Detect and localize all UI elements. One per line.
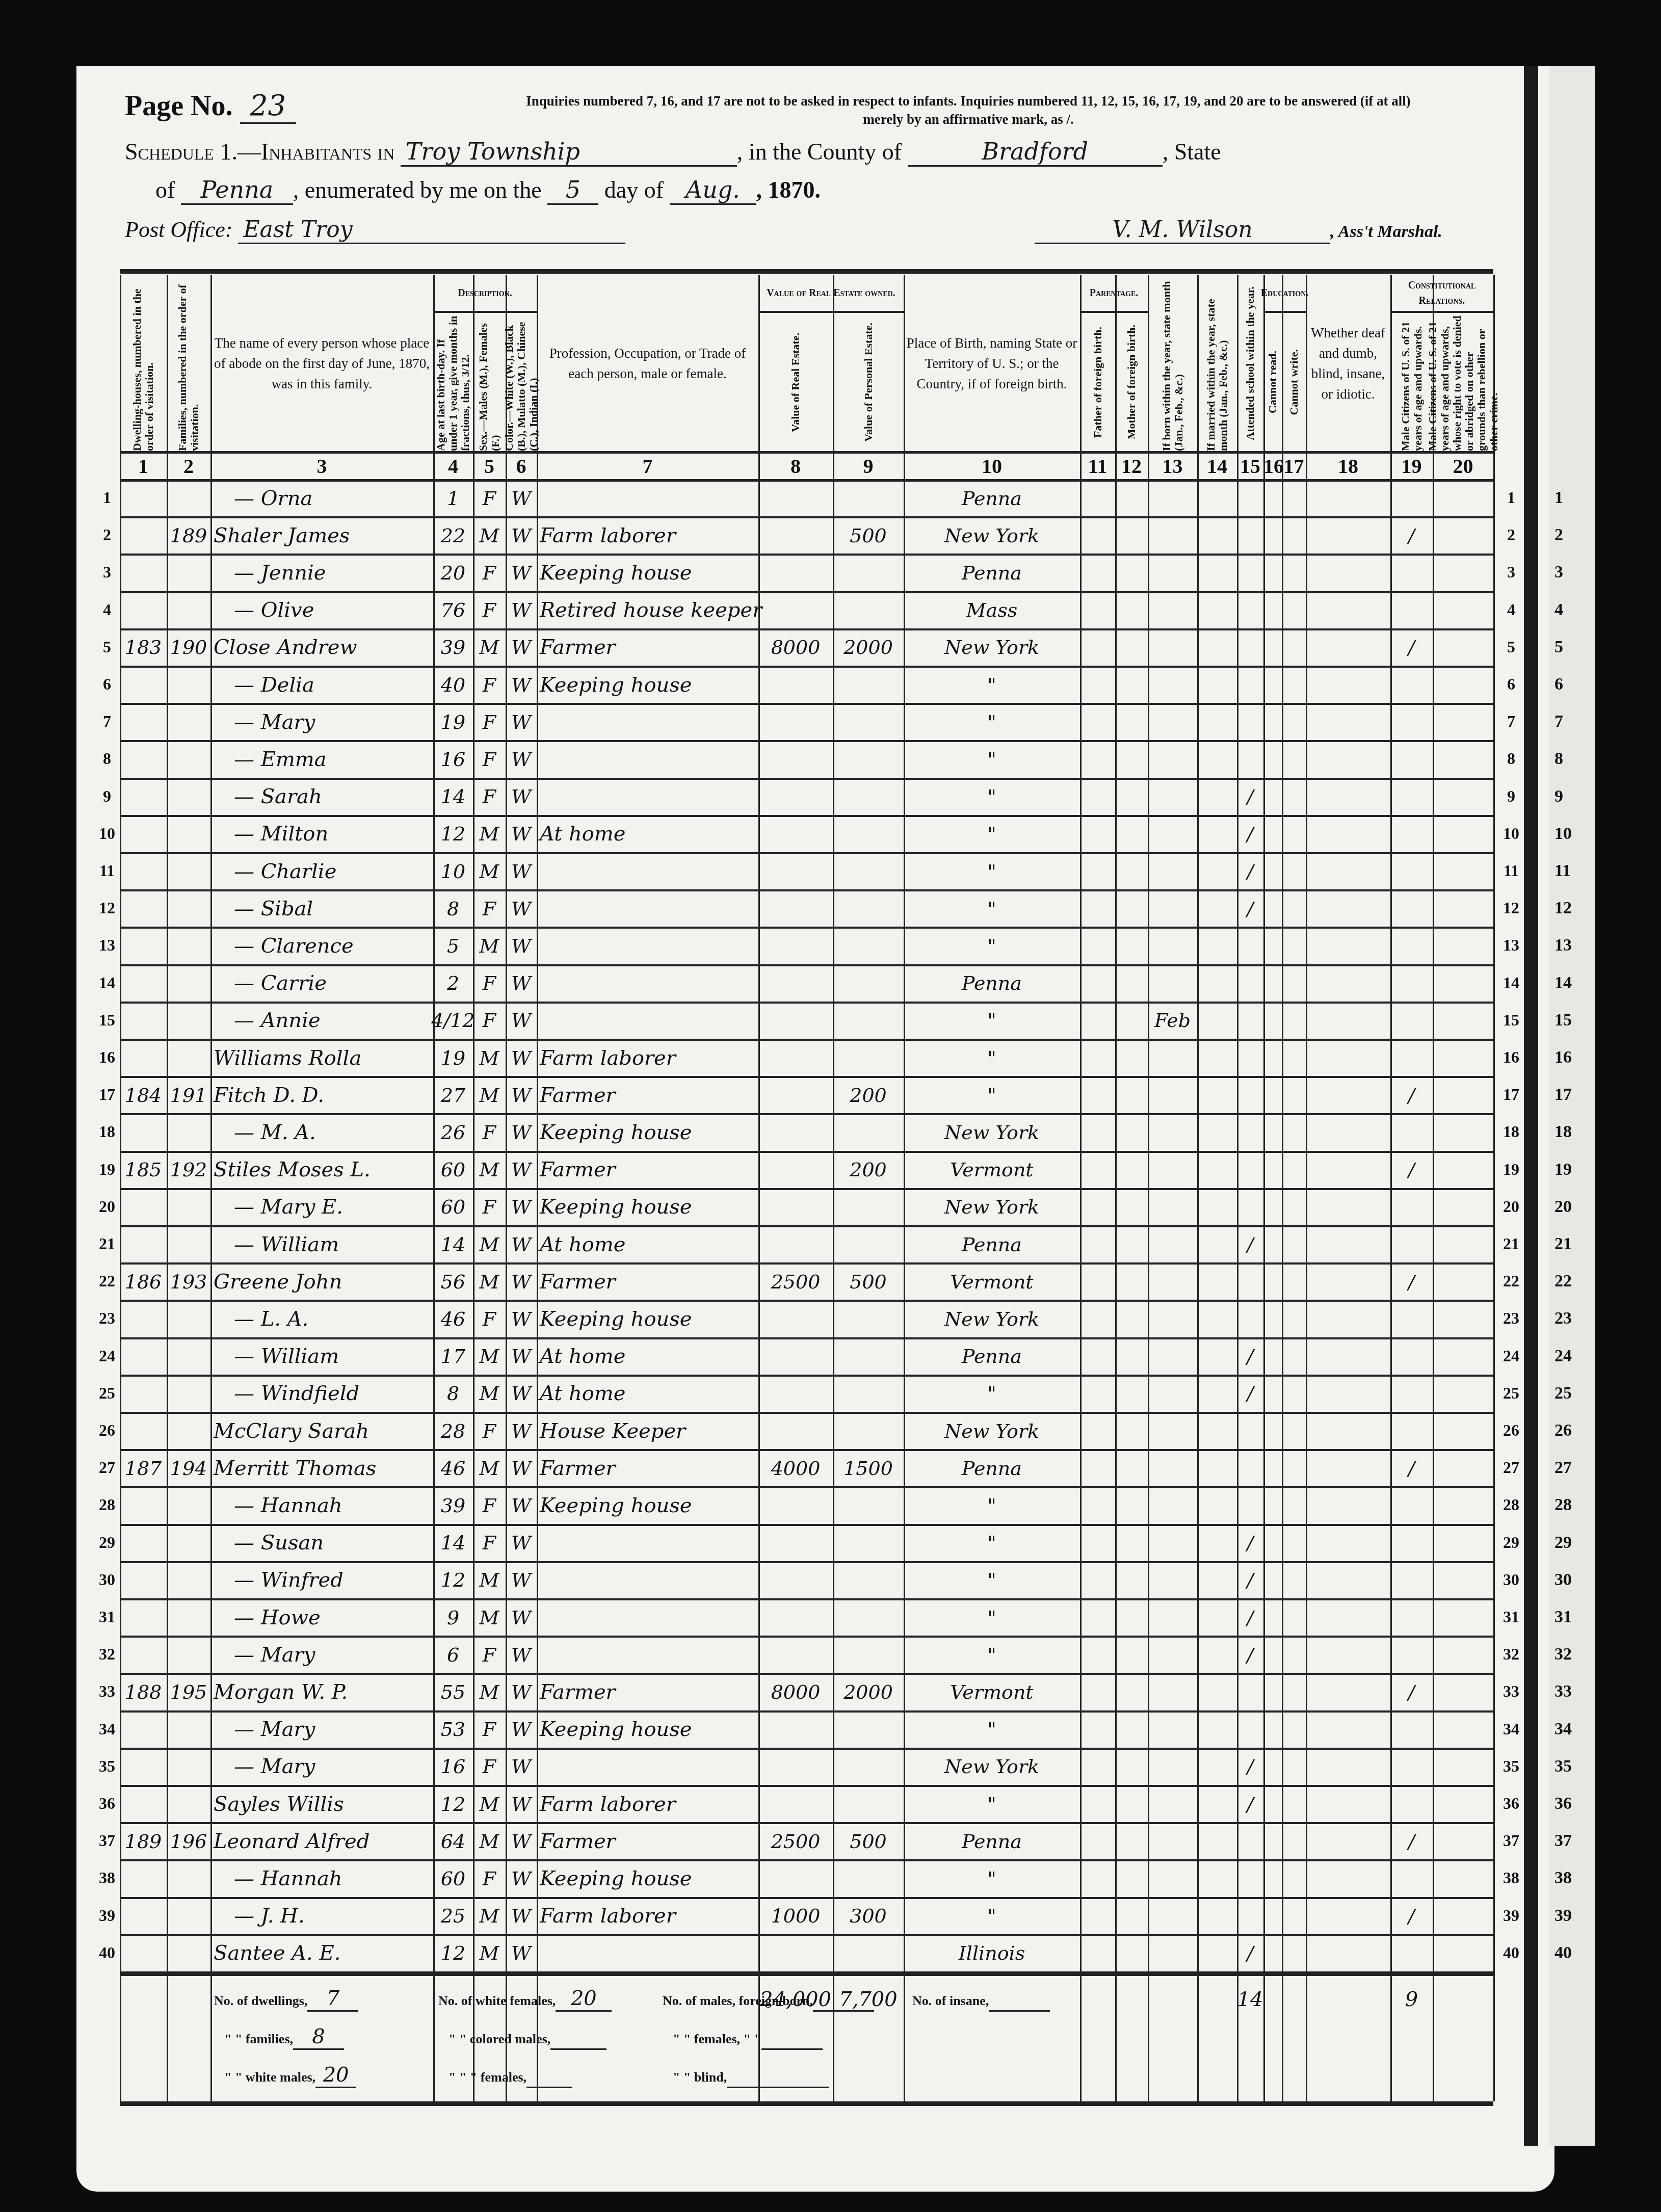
cell-age: 16: [436, 742, 470, 776]
cell-color: W: [509, 630, 534, 665]
cell-c19: [1393, 1936, 1430, 1970]
cell-c13: [1151, 1265, 1194, 1299]
column-header-label: Whether deaf and dumb, blind, insane, or…: [1308, 323, 1388, 404]
cell-family: [170, 668, 207, 702]
cell-c15: [1240, 1190, 1260, 1224]
cell-dwelling: [123, 556, 164, 590]
cell-name: — Milton: [214, 817, 451, 851]
cell-c13: [1151, 630, 1194, 665]
adjacent-line-number: 30: [1554, 1570, 1572, 1590]
cell-name: Shaler James: [214, 518, 430, 552]
cell-real: [761, 1041, 830, 1075]
cell-sex: F: [476, 556, 503, 590]
cell-family: [170, 1190, 207, 1224]
adjacent-line-number: 22: [1554, 1272, 1572, 1291]
cell-family: [170, 929, 207, 963]
line-number-right: 5: [1501, 638, 1521, 656]
cell-age: 19: [436, 705, 470, 739]
cell-c13: [1151, 1600, 1194, 1635]
cell-birthplace: Penna: [907, 481, 1077, 515]
cell-birthplace: ": [907, 780, 1077, 814]
page-binding-shadow: [1524, 66, 1538, 2146]
total-personal-estate: 7,700: [835, 1982, 902, 2017]
cell-age: 22: [436, 518, 470, 552]
cell-occupation: Farm laborer: [540, 1041, 755, 1075]
cell-name: — Jennie: [214, 556, 451, 590]
cell-c13: [1151, 1414, 1194, 1448]
total-insane-label: No. of insane,: [912, 1993, 989, 2008]
cell-personal: [836, 1936, 901, 1970]
cell-c13: Feb: [1151, 1004, 1194, 1038]
page-number: Page No. 23: [125, 89, 296, 124]
adjacent-line-number: 19: [1554, 1160, 1572, 1179]
adjacent-line-number: 39: [1554, 1906, 1572, 1926]
cell-c13: [1151, 1638, 1194, 1672]
cell-c13: [1151, 1115, 1194, 1149]
cell-sex: M: [476, 1936, 503, 1970]
cell-c13: [1151, 929, 1194, 963]
cell-personal: [836, 593, 901, 627]
cell-real: [761, 518, 830, 552]
cell-family: [170, 1115, 207, 1149]
cell-personal: [836, 1526, 901, 1560]
line-number-right: 11: [1501, 861, 1521, 880]
cell-dwelling: [123, 1004, 164, 1038]
line-number: 23: [97, 1309, 117, 1328]
cell-personal: 500: [836, 1265, 901, 1299]
adjacent-line-number: 35: [1554, 1757, 1572, 1776]
cell-occupation: Farmer: [540, 1153, 755, 1187]
cell-c15: [1240, 481, 1260, 515]
adjacent-line-number: 3: [1554, 563, 1563, 582]
cell-color: W: [509, 1936, 534, 1970]
cell-dwelling: [123, 1488, 164, 1522]
cell-c15: [1240, 1451, 1260, 1485]
cell-sex: F: [476, 966, 503, 1000]
column-number-17: 17: [1282, 454, 1306, 478]
cell-sex: M: [476, 1339, 503, 1374]
line-number: 11: [97, 861, 117, 880]
total-families-label: " " families,: [224, 2032, 293, 2046]
column-header-4: Age at last birth-day. If under 1 year, …: [435, 313, 471, 451]
line-number-right: 37: [1501, 1831, 1521, 1850]
cell-occupation: At home: [540, 817, 755, 851]
cell-name: — Sarah: [214, 780, 451, 814]
cell-color: W: [509, 1824, 534, 1858]
cell-c13: [1151, 1227, 1194, 1261]
cell-c13: [1151, 1713, 1194, 1747]
cell-name: — Olive: [214, 593, 451, 627]
line-number-right: 12: [1501, 899, 1521, 917]
cell-personal: [836, 742, 901, 776]
cell-personal: [836, 668, 901, 702]
cell-name: — Hannah: [214, 1861, 451, 1895]
column-header-label: Profession, Occupation, or Trade of each…: [539, 343, 756, 384]
line-number-right: 24: [1501, 1347, 1521, 1365]
cell-personal: [836, 1339, 901, 1374]
header-bottom-border: [120, 451, 1493, 454]
line-number-right: 26: [1501, 1421, 1521, 1440]
instructions-note: Inquiries numbered 7, 16, and 17 are not…: [428, 92, 1509, 128]
cell-personal: [836, 1190, 901, 1224]
cell-age: 17: [436, 1339, 470, 1374]
column-header-label: Male Citizens of U. S. of 21 years of ag…: [1400, 313, 1424, 451]
cell-c19: [1393, 1600, 1430, 1635]
line-number: 14: [97, 973, 117, 992]
column-number-14: 14: [1197, 454, 1237, 478]
cell-c19: [1393, 1713, 1430, 1747]
cell-personal: 500: [836, 1824, 901, 1858]
cell-occupation: [540, 780, 755, 814]
cell-name: — Mary E.: [214, 1190, 451, 1224]
cell-dwelling: 184: [123, 1078, 164, 1112]
post-office-line: Post Office: East Troy: [125, 217, 625, 244]
column-number-16: 16: [1263, 454, 1282, 478]
cell-occupation: Keeping house: [540, 1190, 755, 1224]
line-number: 26: [97, 1421, 117, 1440]
cell-c13: [1151, 1377, 1194, 1411]
cell-dwelling: [123, 1227, 164, 1261]
line-number-right: 34: [1501, 1720, 1521, 1739]
cell-c19: /: [1393, 630, 1430, 665]
cell-sex: M: [476, 1787, 503, 1821]
cell-c15: /: [1240, 1787, 1260, 1821]
cell-c19: /: [1393, 1824, 1430, 1858]
column-number-7: 7: [537, 454, 758, 478]
cell-occupation: Farmer: [540, 1675, 755, 1709]
cell-color: W: [509, 1227, 534, 1261]
cell-name: — Emma: [214, 742, 451, 776]
day-field: 5: [547, 176, 598, 205]
cell-c19: [1393, 705, 1430, 739]
cell-name: — Susan: [214, 1526, 451, 1560]
cell-sex: F: [476, 1302, 503, 1336]
cell-real: [761, 966, 830, 1000]
cell-c15: [1240, 1153, 1260, 1187]
total-families-value: 8: [293, 2025, 344, 2050]
cell-dwelling: [123, 1861, 164, 1895]
line-number-right: 40: [1501, 1943, 1521, 1962]
cell-name: Leonard Alfred: [214, 1824, 430, 1858]
cell-birthplace: ": [907, 1041, 1077, 1075]
group-education-underline: [1263, 311, 1306, 313]
cell-c15: [1240, 1004, 1260, 1038]
line-number: 6: [97, 675, 117, 694]
column-header-8: Value of Real Estate.: [760, 313, 831, 451]
cell-c15: [1240, 966, 1260, 1000]
cell-dwelling: [123, 817, 164, 851]
line-number: 15: [97, 1011, 117, 1030]
cell-personal: [836, 1302, 901, 1336]
cell-color: W: [509, 1153, 534, 1187]
line-number-right: 23: [1501, 1309, 1521, 1328]
cell-real: [761, 891, 830, 926]
cell-real: [761, 1488, 830, 1522]
line-number: 40: [97, 1943, 117, 1962]
cell-birthplace: ": [907, 1377, 1077, 1411]
cell-birthplace: ": [907, 1638, 1077, 1672]
cell-color: W: [509, 891, 534, 926]
cell-color: W: [509, 1787, 534, 1821]
cell-sex: M: [476, 1265, 503, 1299]
adjacent-line-number: 21: [1554, 1234, 1572, 1254]
line-number-right: 30: [1501, 1570, 1521, 1589]
cell-c19: /: [1393, 1153, 1430, 1187]
cell-birthplace: ": [907, 1600, 1077, 1635]
cell-c19: [1393, 1861, 1430, 1895]
state-label: , State: [1163, 139, 1221, 165]
cell-c19: [1393, 481, 1430, 515]
cell-age: 46: [436, 1302, 470, 1336]
cell-c15: [1240, 1041, 1260, 1075]
adjacent-line-number: 28: [1554, 1495, 1572, 1515]
cell-color: W: [509, 518, 534, 552]
adjacent-line-number: 15: [1554, 1011, 1572, 1030]
cell-personal: [836, 929, 901, 963]
total-colored-females-label: " " " females,: [449, 2070, 526, 2085]
cell-c13: [1151, 1675, 1194, 1709]
cell-family: 196: [170, 1824, 207, 1858]
cell-dwelling: [123, 1115, 164, 1149]
column-header-label: The name of every person whose place of …: [213, 333, 431, 394]
cell-color: W: [509, 481, 534, 515]
cell-sex: F: [476, 780, 503, 814]
cell-name: — Winfred: [214, 1563, 451, 1597]
cell-name: — M. A.: [214, 1115, 451, 1149]
cell-name: Williams Rolla: [214, 1041, 430, 1075]
day-of-label: day of: [604, 177, 664, 203]
line-number-right: 16: [1501, 1048, 1521, 1067]
cell-family: [170, 742, 207, 776]
cell-sex: M: [476, 1899, 503, 1933]
cell-occupation: Keeping house: [540, 1115, 755, 1149]
cell-c13: [1151, 705, 1194, 739]
cell-c15: /: [1240, 1227, 1260, 1261]
cell-real: [761, 1302, 830, 1336]
cell-real: 8000: [761, 1675, 830, 1709]
cell-c13: [1151, 1526, 1194, 1560]
cell-occupation: Keeping house: [540, 1713, 755, 1747]
cell-birthplace: Penna: [907, 1824, 1077, 1858]
cell-age: 25: [436, 1899, 470, 1933]
cell-family: 190: [170, 630, 207, 665]
line-number-right: 2: [1501, 525, 1521, 544]
cell-personal: [836, 1713, 901, 1747]
cell-age: 12: [436, 1936, 470, 1970]
cell-personal: [836, 1488, 901, 1522]
total-attended-school: 14: [1239, 1982, 1261, 2017]
cell-name: — Delia: [214, 668, 451, 702]
line-number: 12: [97, 899, 117, 917]
cell-c15: [1240, 593, 1260, 627]
cell-c19: /: [1393, 1899, 1430, 1933]
cell-c15: /: [1240, 854, 1260, 888]
cell-age: 8: [436, 891, 470, 926]
column-number-15: 15: [1237, 454, 1263, 478]
cell-real: [761, 1078, 830, 1112]
line-number: 39: [97, 1906, 117, 1925]
cell-personal: [836, 705, 901, 739]
line-number: 13: [97, 936, 117, 955]
cell-name: — J. H.: [214, 1899, 451, 1933]
cell-color: W: [509, 929, 534, 963]
cell-c19: [1393, 1488, 1430, 1522]
cell-occupation: [540, 1936, 755, 1970]
cell-family: [170, 854, 207, 888]
cell-occupation: Farmer: [540, 1451, 755, 1485]
line-number: 18: [97, 1122, 117, 1141]
cell-color: W: [509, 556, 534, 590]
adjacent-line-number: 6: [1554, 675, 1563, 694]
cell-age: 14: [436, 780, 470, 814]
line-number-right: 14: [1501, 973, 1521, 992]
cell-color: W: [509, 705, 534, 739]
cell-real: [761, 817, 830, 851]
cell-occupation: Keeping house: [540, 1488, 755, 1522]
cell-sex: F: [476, 668, 503, 702]
page-number-label: Page No.: [125, 90, 233, 122]
cell-sex: F: [476, 1526, 503, 1560]
cell-age: 39: [436, 1488, 470, 1522]
adjacent-line-number: 31: [1554, 1608, 1572, 1627]
cell-real: [761, 1600, 830, 1635]
cell-age: 20: [436, 556, 470, 590]
cell-sex: M: [476, 854, 503, 888]
cell-birthplace: New York: [907, 1115, 1077, 1149]
column-header-16: Cannot read.: [1265, 313, 1280, 451]
cell-dwelling: [123, 966, 164, 1000]
cell-c13: [1151, 481, 1194, 515]
cell-personal: [836, 1861, 901, 1895]
cell-age: 8: [436, 1377, 470, 1411]
cell-name: McClary Sarah: [214, 1414, 430, 1448]
cell-age: 5: [436, 929, 470, 963]
cell-real: [761, 1377, 830, 1411]
cell-dwelling: [123, 1563, 164, 1597]
cell-c19: [1393, 817, 1430, 851]
cell-c13: [1151, 1899, 1194, 1933]
cell-name: — William: [214, 1339, 451, 1374]
cell-birthplace: New York: [907, 1750, 1077, 1784]
cell-real: [761, 1414, 830, 1448]
cell-c15: [1240, 1265, 1260, 1299]
cell-family: [170, 1861, 207, 1895]
cell-family: [170, 1488, 207, 1522]
line-number: 19: [97, 1160, 117, 1179]
cell-c15: [1240, 1824, 1260, 1858]
cell-c19: /: [1393, 1078, 1430, 1112]
adjacent-line-number: 38: [1554, 1868, 1572, 1888]
cell-c13: [1151, 891, 1194, 926]
cell-family: [170, 705, 207, 739]
line-number-right: 29: [1501, 1533, 1521, 1552]
cell-family: [170, 1936, 207, 1970]
cell-personal: [836, 1600, 901, 1635]
cell-age: 40: [436, 668, 470, 702]
adjacent-line-number: 9: [1554, 787, 1563, 806]
column-header-5: Sex.—Males (M.), Females (F.): [475, 313, 504, 451]
total-white-females: No. of white females,20: [438, 1987, 612, 2012]
cell-c13: [1151, 817, 1194, 851]
cell-real: [761, 1861, 830, 1895]
cell-color: W: [509, 593, 534, 627]
line-number-right: 7: [1501, 712, 1521, 731]
column-number-13: 13: [1148, 454, 1197, 478]
cell-age: 26: [436, 1115, 470, 1149]
column-header-label: Dwelling-houses, numbered in the order o…: [131, 275, 155, 451]
cell-c13: [1151, 1190, 1194, 1224]
cell-c15: [1240, 705, 1260, 739]
cell-birthplace: Vermont: [907, 1265, 1077, 1299]
cell-real: [761, 1713, 830, 1747]
line-number-right: 32: [1501, 1645, 1521, 1664]
column-header-label: Value of Real Estate.: [789, 333, 802, 432]
adjacent-line-number: 25: [1554, 1384, 1572, 1403]
cell-c19: [1393, 1377, 1430, 1411]
cell-c19: [1393, 1638, 1430, 1672]
cell-birthplace: Mass: [907, 593, 1077, 627]
cell-color: W: [509, 1675, 534, 1709]
cell-sex: F: [476, 1638, 503, 1672]
cell-dwelling: [123, 1638, 164, 1672]
cell-personal: [836, 1377, 901, 1411]
cell-color: W: [509, 1563, 534, 1597]
cell-dwelling: [123, 1750, 164, 1784]
cell-family: [170, 1638, 207, 1672]
cell-sex: F: [476, 1750, 503, 1784]
cell-color: W: [509, 1526, 534, 1560]
cell-personal: 2000: [836, 630, 901, 665]
cell-age: 12: [436, 1563, 470, 1597]
cell-c19: [1393, 966, 1430, 1000]
cell-real: [761, 1190, 830, 1224]
total-dwellings-value: 7: [307, 1987, 358, 2012]
cell-c19: [1393, 1190, 1430, 1224]
cell-occupation: [540, 1638, 755, 1672]
cell-color: W: [509, 966, 534, 1000]
cell-real: [761, 705, 830, 739]
cell-personal: [836, 1041, 901, 1075]
cell-dwelling: [123, 742, 164, 776]
line-number: 27: [97, 1458, 117, 1477]
cell-age: 56: [436, 1265, 470, 1299]
cell-name: — Charlie: [214, 854, 451, 888]
cell-color: W: [509, 1115, 534, 1149]
cell-c13: [1151, 854, 1194, 888]
cell-real: [761, 1339, 830, 1374]
total-white-females-value: 20: [556, 1987, 612, 2012]
cell-family: [170, 593, 207, 627]
cell-c19: [1393, 1339, 1430, 1374]
cell-c13: [1151, 1861, 1194, 1895]
cell-occupation: [540, 705, 755, 739]
cell-occupation: Keeping house: [540, 1302, 755, 1336]
marshal-line: V. M. Wilson, Ass't Marshal.: [1035, 217, 1442, 244]
cell-real: [761, 1004, 830, 1038]
cell-occupation: [540, 854, 755, 888]
cell-color: W: [509, 780, 534, 814]
adjacent-line-number: 2: [1554, 525, 1563, 545]
cell-age: 4/12: [436, 1004, 470, 1038]
cell-color: W: [509, 742, 534, 776]
cell-personal: [836, 854, 901, 888]
cell-personal: 200: [836, 1153, 901, 1187]
adjacent-line-number: 34: [1554, 1720, 1572, 1739]
cell-sex: F: [476, 1861, 503, 1895]
cell-sex: F: [476, 891, 503, 926]
cell-occupation: [540, 1750, 755, 1784]
cell-occupation: Farmer: [540, 1824, 755, 1858]
